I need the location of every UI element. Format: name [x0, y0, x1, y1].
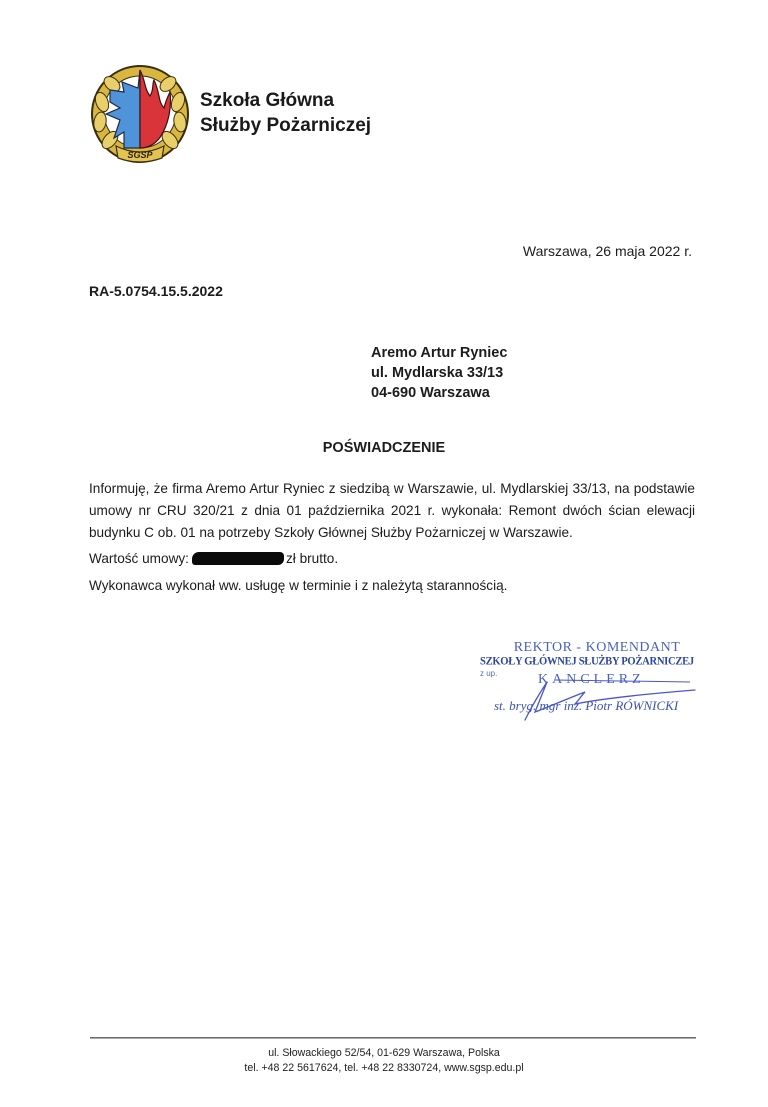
stamp-title: REKTOR - KOMENDANT [480, 640, 700, 656]
svg-text:SGSP: SGSP [127, 150, 153, 160]
organization-name-line1: Szkoła Główna [200, 88, 371, 113]
recipient-city: 04-690 Warszawa [371, 383, 507, 403]
date-line: Warszawa, 26 maja 2022 r. [523, 243, 692, 259]
stamp-school: SZKOŁY GŁÓWNEJ SŁUŻBY POŻARNICZEJ [480, 655, 700, 667]
redacted-value [192, 552, 284, 565]
footer-address: ul. Słowackiego 52/54, 01-629 Warszawa, … [0, 1046, 768, 1061]
sgsp-emblem-icon: SGSP [88, 62, 192, 166]
footer-contact: tel. +48 22 5617624, tel. +48 22 8330724… [0, 1061, 768, 1076]
recipient-street: ul. Mydlarska 33/13 [371, 363, 507, 383]
footer-divider [90, 1037, 696, 1039]
contract-value-label: Wartość umowy: [89, 551, 189, 566]
recipient-address: Aremo Artur Ryniec ul. Mydlarska 33/13 0… [371, 343, 507, 403]
organization-name-line2: Służby Pożarniczej [200, 113, 371, 138]
reference-number: RA-5.0754.15.5.2022 [89, 283, 223, 299]
contract-value-suffix: zł brutto. [286, 551, 338, 566]
document-title: POŚWIADCZENIE [0, 440, 768, 456]
handwritten-signature-icon [495, 668, 705, 728]
organization-name: Szkoła Główna Służby Pożarniczej [200, 88, 371, 138]
contract-value-line: Wartość umowy:zł brutto. [89, 551, 338, 566]
closing-statement: Wykonawca wykonał ww. usługę w terminie … [89, 578, 507, 593]
footer: ul. Słowackiego 52/54, 01-629 Warszawa, … [0, 1046, 768, 1076]
body-paragraph: Informuję, że firma Aremo Artur Ryniec z… [89, 478, 695, 544]
recipient-name: Aremo Artur Ryniec [371, 343, 507, 363]
